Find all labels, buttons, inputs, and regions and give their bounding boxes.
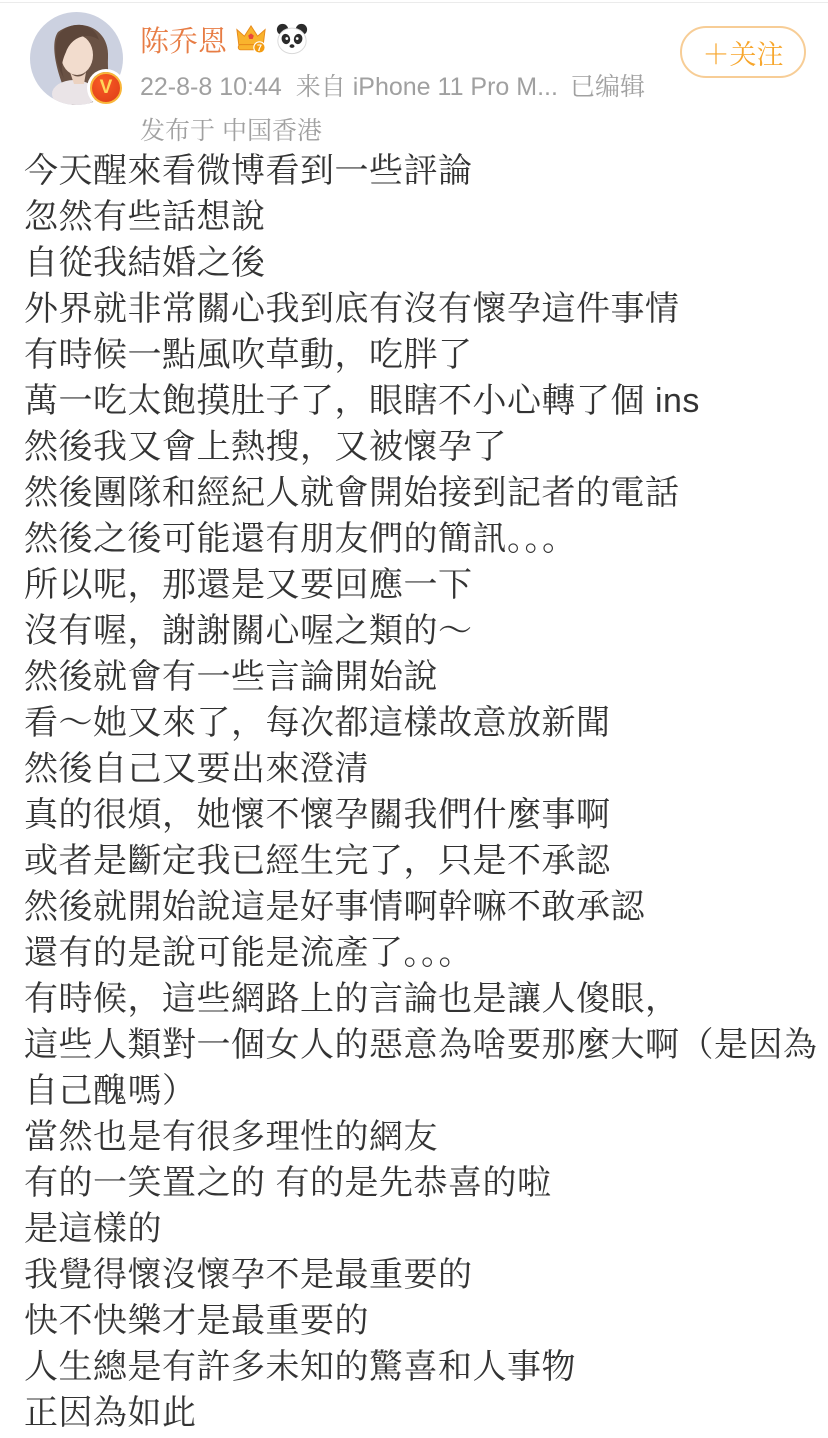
header-info: 陈乔恩 7 bbox=[140, 20, 668, 147]
post-line: 然後就開始說這是好事情啊幹嘛不敢承認 bbox=[24, 884, 816, 930]
post-line: 忽然有些話想說 bbox=[24, 194, 816, 240]
post-line: 沒有喔，謝謝關心喔之類的～ bbox=[24, 608, 816, 654]
post-line: 然後就會有一些言論開始說 bbox=[24, 654, 816, 700]
post-line: 快不快樂才是最重要的 bbox=[24, 1298, 816, 1344]
post-line: 人生總是有許多未知的驚喜和人事物 bbox=[24, 1344, 816, 1390]
username-link[interactable]: 陈乔恩 bbox=[140, 19, 227, 60]
post-source[interactable]: 来自 iPhone 11 Pro M... bbox=[296, 67, 558, 103]
post-line: 然後自己又要出來澄清 bbox=[24, 746, 816, 792]
post-line: 今天醒來看微博看到一些評論 bbox=[24, 148, 816, 194]
post-line: 或者是斷定我已經生完了，只是不承認 bbox=[24, 838, 816, 884]
post-line: 所以呢，那還是又要回應一下 bbox=[24, 562, 816, 608]
top-divider bbox=[0, 2, 828, 3]
post-line: 這些人類對一個女人的惡意為啥要那麼大啊（是因為 bbox=[24, 1022, 816, 1068]
post-text: 今天醒來看微博看到一些評論忽然有些話想說自從我結婚之後外界就非常關心我到底有沒有… bbox=[24, 148, 816, 1436]
timestamp: 22-8-8 10:44 bbox=[140, 73, 282, 102]
post-line: 真的很煩，她懷不懷孕關我們什麼事啊 bbox=[24, 792, 816, 838]
weibo-post-page: V 陈乔恩 7 bbox=[0, 0, 828, 1438]
location-label: 发布于 中国香港 bbox=[140, 111, 668, 147]
panda-icon bbox=[275, 22, 309, 56]
verified-badge-icon: V bbox=[90, 72, 122, 104]
post-line: 有時候，這些網路上的言論也是讓人傻眼， bbox=[24, 976, 816, 1022]
post-line: 正因為如此 bbox=[24, 1390, 816, 1436]
svg-text:7: 7 bbox=[257, 43, 262, 53]
post-line: 然後之後可能還有朋友們的簡訊。。。 bbox=[24, 516, 816, 562]
post-line: 當然也是有很多理性的網友 bbox=[24, 1114, 816, 1160]
avatar[interactable]: V bbox=[30, 12, 123, 105]
post-line: 看～她又來了，每次都這樣故意放新聞 bbox=[24, 700, 816, 746]
post-line: 然後我又會上熱搜，又被懷孕了 bbox=[24, 424, 816, 470]
post-line: 外界就非常關心我到底有沒有懷孕這件事情 bbox=[24, 286, 816, 332]
post-line: 萬一吃太飽摸肚子了，眼瞎不小心轉了個 ins bbox=[24, 378, 816, 424]
post-line: 還有的是說可能是流產了。。。 bbox=[24, 930, 816, 976]
post-line: 有的一笑置之的 有的是先恭喜的啦 bbox=[24, 1160, 816, 1206]
post-line: 然後團隊和經紀人就會開始接到記者的電話 bbox=[24, 470, 816, 516]
post-line: 自己醜嗎） bbox=[24, 1068, 816, 1114]
post-line: 是這樣的 bbox=[24, 1206, 816, 1252]
follow-button[interactable]: ＋关注 bbox=[680, 26, 806, 78]
post-line: 有時候一點風吹草動，吃胖了 bbox=[24, 332, 816, 378]
post-line: 我覺得懷沒懷孕不是最重要的 bbox=[24, 1252, 816, 1298]
name-row: 陈乔恩 7 bbox=[140, 20, 668, 58]
vip-crown-icon: 7 bbox=[234, 23, 268, 55]
edited-label: 已编辑 bbox=[570, 67, 645, 103]
post-line: 自從我結婚之後 bbox=[24, 240, 816, 286]
meta-row: 22-8-8 10:44 来自 iPhone 11 Pro M... 已编辑 bbox=[140, 67, 668, 103]
